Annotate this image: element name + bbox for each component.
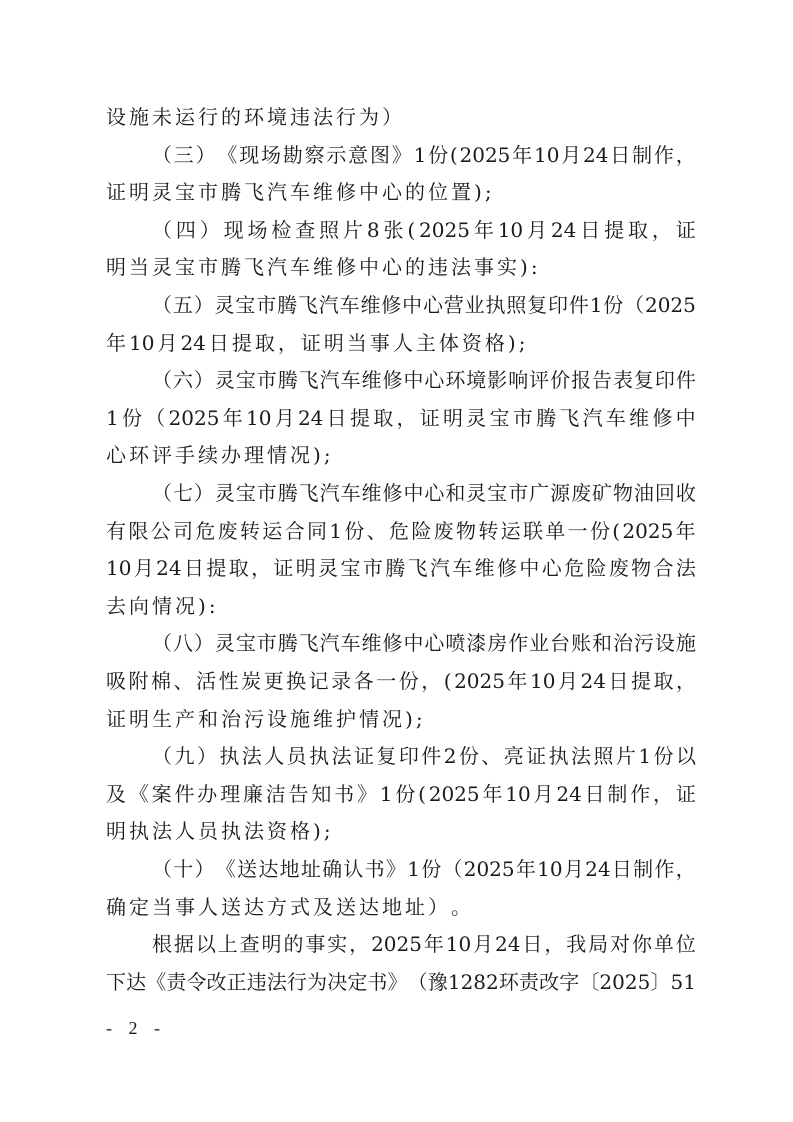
text-line: （六）灵宝市腾飞汽车维修中心环境影响评价报告表复印件 (152, 365, 696, 395)
text-line: 年10月24日提取，证明当事人主体资格); (106, 328, 696, 358)
text-line: 去向情况): (106, 591, 696, 621)
text-line: （九）执法人员执法证复印件2份、亮证执法照片1份以 (152, 741, 696, 771)
text-line: 证明灵宝市腾飞汽车维修中心的位置); (106, 177, 696, 207)
text-line: 1份（2025年10月24日提取，证明灵宝市腾飞汽车维修中 (106, 403, 696, 433)
text-line: 明执法人员执法资格); (106, 816, 696, 846)
text-line: （八）灵宝市腾飞汽车维修中心喷漆房作业台账和治污设施 (152, 628, 696, 658)
text-line: 明当灵宝市腾飞汽车维修中心的违法事实): (106, 252, 696, 282)
text-line: （三）《现场勘察示意图》1份(2025年10月24日制作， (152, 140, 696, 170)
text-line: 吸附棉、活性炭更换记录各一份，(2025年10月24日提取， (106, 666, 696, 696)
text-line: 下达《责令改正违法行为决定书》（豫1282环责改字〔2025〕51 (106, 967, 696, 997)
text-line: 及《案件办理廉洁告知书》1份(2025年10月24日制作，证 (106, 779, 696, 809)
text-line: 设施未运行的环境违法行为） (106, 102, 696, 132)
text-line: 确定当事人送达方式及送达地址）。 (106, 892, 696, 922)
text-line: 证明生产和治污设施维护情况); (106, 704, 696, 734)
document-page: 设施未运行的环境违法行为）（三）《现场勘察示意图》1份(2025年10月24日制… (0, 0, 793, 1122)
text-line: 根据以上查明的事实，2025年10月24日，我局对你单位 (152, 929, 696, 959)
page-number: - 2 - (106, 1016, 166, 1040)
text-line: （五）灵宝市腾飞汽车维修中心营业执照复印件1份（2025 (152, 290, 696, 320)
text-line: 心环评手续办理情况); (106, 440, 696, 470)
text-line: （四）现场检查照片8张(2025年10月24日提取，证 (152, 215, 696, 245)
text-line: （七）灵宝市腾飞汽车维修中心和灵宝市广源废矿物油回收 (152, 478, 696, 508)
text-line: 有限公司危废转运合同1份、危险废物转运联单一份(2025年 (106, 516, 696, 546)
text-line: （十）《送达地址确认书》1份（2025年10月24日制作， (152, 854, 696, 884)
text-line: 10月24日提取，证明灵宝市腾飞汽车维修中心危险废物合法 (106, 553, 696, 583)
